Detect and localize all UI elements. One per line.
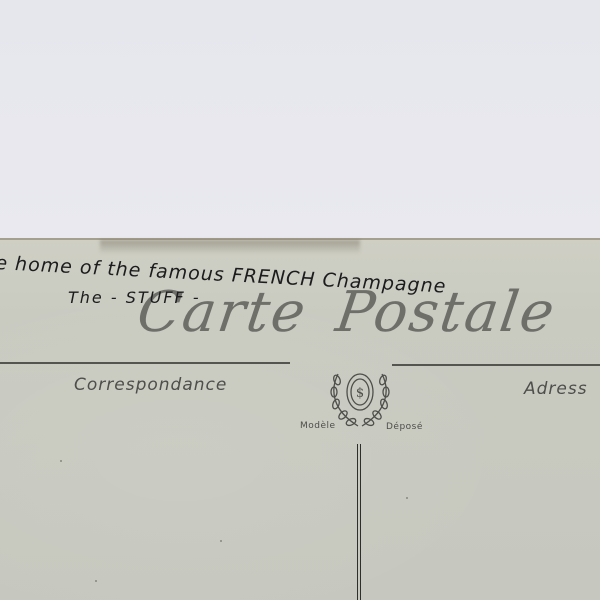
speck [220, 540, 222, 542]
handwritten-line-2: The - STUFF - [68, 288, 201, 307]
correspondence-label: Correspondance [74, 375, 227, 395]
emblem-letter: $ [356, 386, 364, 401]
speck [60, 460, 62, 462]
speck [95, 580, 97, 582]
rule-left [0, 362, 290, 364]
rule-right [392, 364, 600, 366]
speck [406, 497, 408, 499]
stain [100, 240, 360, 254]
backdrop [0, 0, 600, 240]
postcard: CartePostale e home of the famous FRENCH… [0, 238, 600, 600]
center-divider [357, 444, 361, 600]
address-label: Adress [524, 379, 588, 399]
trademark-modele: Modèle [300, 421, 336, 431]
trademark-depose: Déposé [386, 422, 423, 432]
laurel-emblem-icon: $ [328, 366, 392, 432]
